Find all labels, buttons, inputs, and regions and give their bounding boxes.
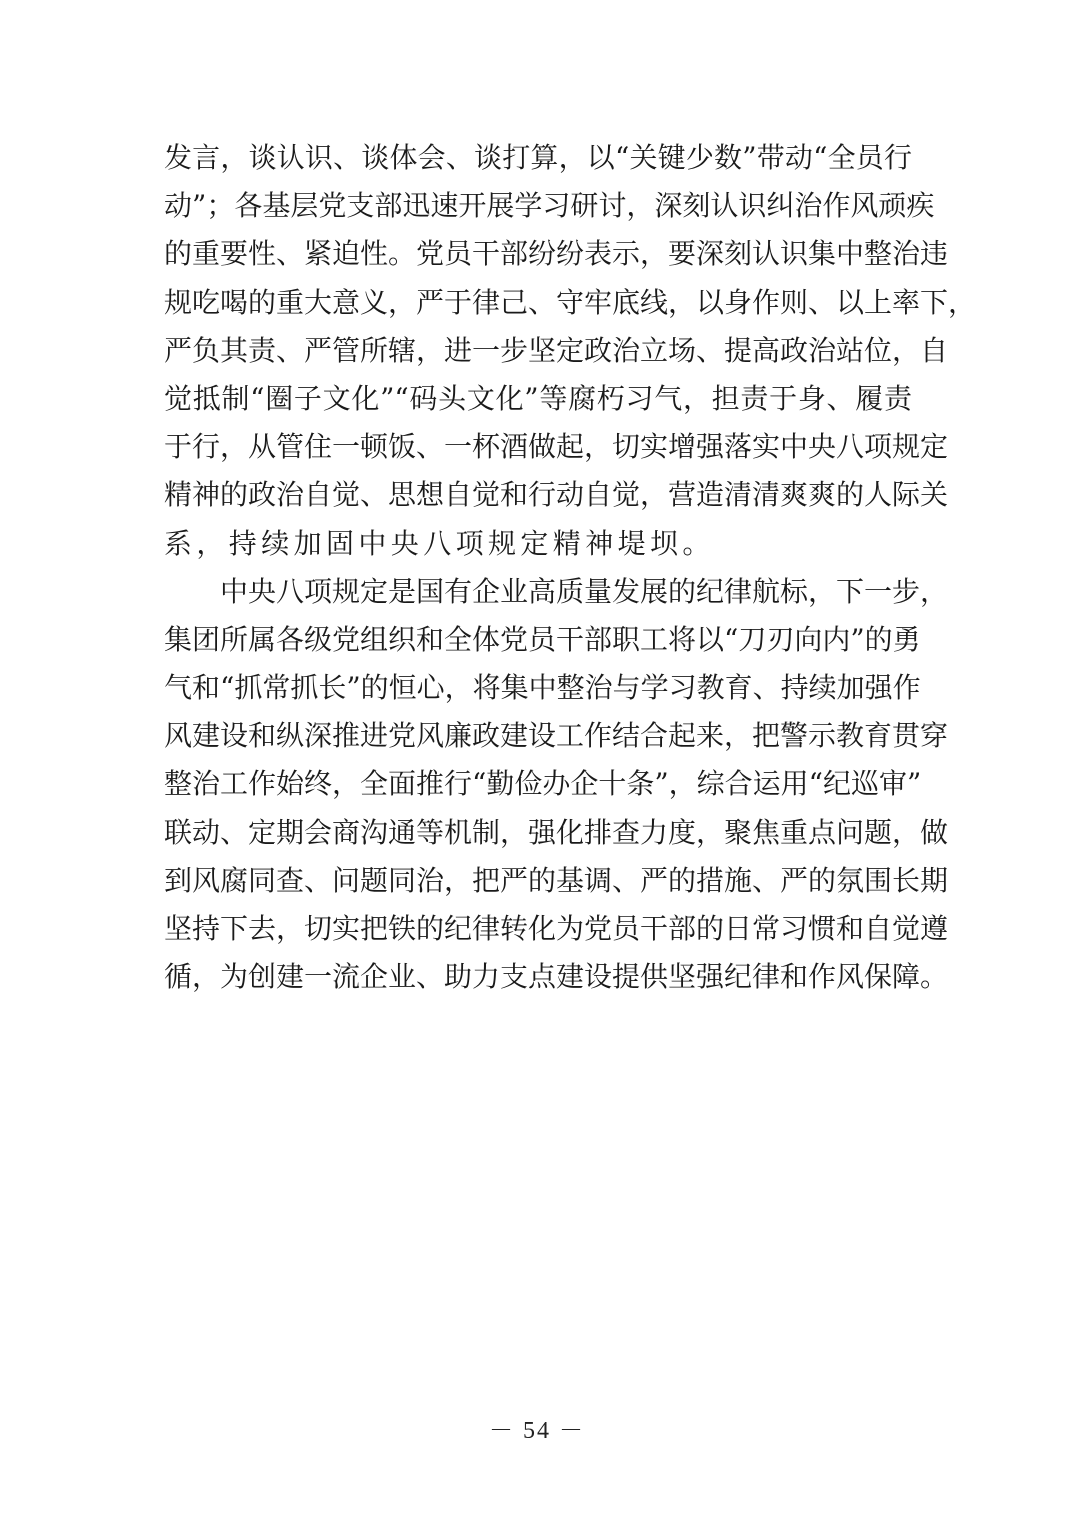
paragraph-1: 发言，谈认识、谈体会、谈打算，以“关键少数”带动“全员行 动”；各基层党支部迅速… [164,134,912,568]
text-line: 整治工作始终，全面推行“勤俭办企十条”，综合运用“纪巡审” [164,760,912,808]
text-line: 中央八项规定是国有企业高质量发展的纪律航标，下一步， [164,568,912,616]
text-line: 集团所属各级党组织和全体党员干部职工将以“刀刃向内”的勇 [164,616,912,664]
body-text: 发言，谈认识、谈体会、谈打算，以“关键少数”带动“全员行 动”；各基层党支部迅速… [164,134,912,1001]
text-line: 于行，从管住一顿饭、一杯酒做起，切实增强落实中央八项规定 [164,423,912,471]
text-line: 循，为创建一流企业、助力支点建设提供坚强纪律和作风保障。 [164,953,912,1001]
text-line: 规吃喝的重大意义，严于律己、守牢底线，以身作则、以上率下， [164,279,912,327]
paragraph-2: 中央八项规定是国有企业高质量发展的纪律航标，下一步， 集团所属各级党组织和全体党… [164,568,912,1002]
text-line: 严负其责、严管所辖，进一步坚定政治立场、提高政治站位，自 [164,327,912,375]
text-line: 联动、定期会商沟通等机制，强化排查力度，聚焦重点问题，做 [164,809,912,857]
text-line: 精神的政治自觉、思想自觉和行动自觉，营造清清爽爽的人际关 [164,471,912,519]
text-line: 风建设和纵深推进党风廉政建设工作结合起来，把警示教育贯穿 [164,712,912,760]
text-line: 发言，谈认识、谈体会、谈打算，以“关键少数”带动“全员行 [164,134,912,182]
text-line: 坚持下去，切实把铁的纪律转化为党员干部的日常习惯和自觉遵 [164,905,912,953]
text-line: 气和“抓常抓长”的恒心，将集中整治与学习教育、持续加强作 [164,664,912,712]
text-line: 系，持续加固中央八项规定精神堤坝。 [164,520,912,568]
text-line: 觉抵制“圈子文化”“码头文化”等腐朽习气，担责于身、履责 [164,375,912,423]
text-line: 到风腐同查、问题同治，把严的基调、严的措施、严的氛围长期 [164,857,912,905]
document-page: 发言，谈认识、谈体会、谈打算，以“关键少数”带动“全员行 动”；各基层党支部迅速… [0,0,1074,1520]
text-line: 动”；各基层党支部迅速开展学习研讨，深刻认识纠治作风顽疾 [164,182,912,230]
page-number: － 54 － [0,1410,1074,1445]
text-line: 的重要性、紧迫性。党员干部纷纷表示，要深刻认识集中整治违 [164,230,912,278]
